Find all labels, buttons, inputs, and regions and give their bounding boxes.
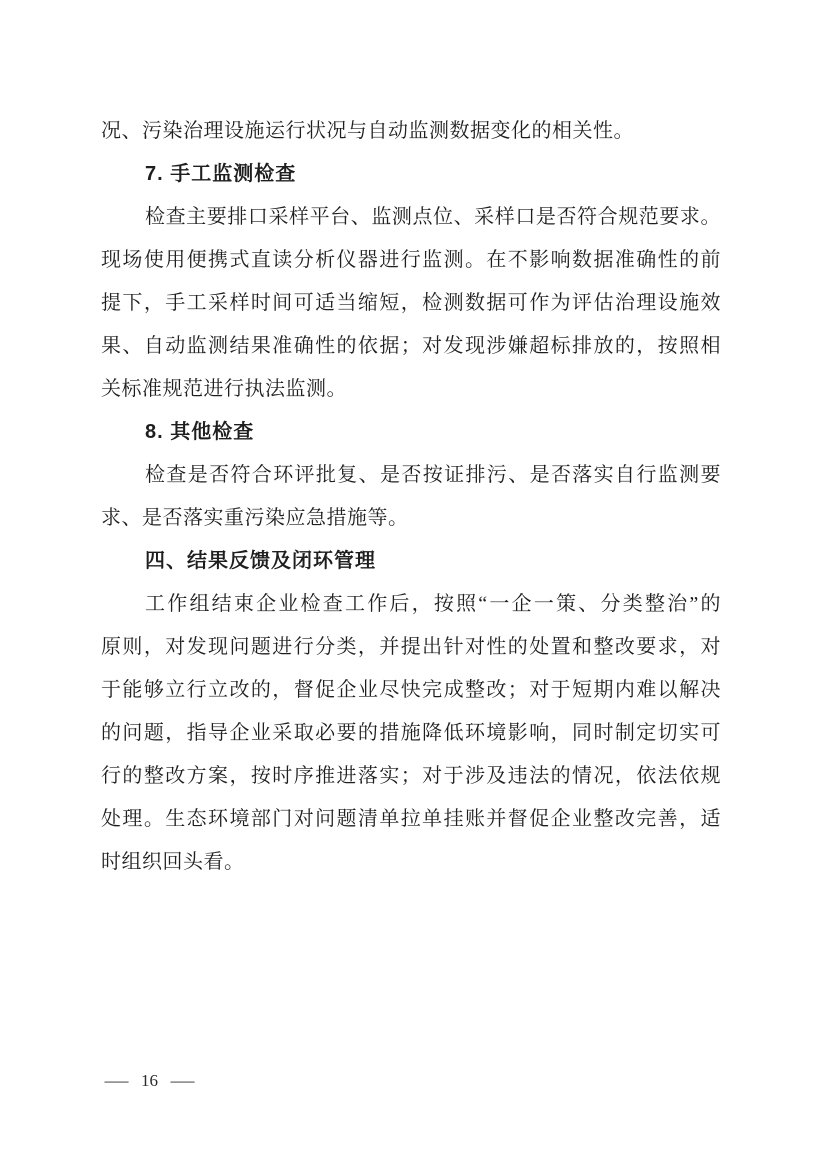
text-line: 工作组结束企业检查工作后，按照“一企一策、分类整治”的 [101, 583, 721, 626]
text-line: 检查是否符合环评批复、是否按证排污、是否落实自行监测要 [101, 454, 721, 497]
text-line-paragraph-end: 关标准规范进行执法监测。 [101, 368, 721, 411]
footer-right-dash: — [171, 1071, 195, 1091]
text-line: 果、自动监测结果准确性的依据；对发现涉嫌超标排放的，按照相 [101, 325, 721, 368]
text-line: 的问题，指导企业采取必要的措施降低环境影响，同时制定切实可 [101, 712, 721, 755]
page-footer: — 16 — [108, 1071, 191, 1091]
document-body: 况、污染治理设施运行状况与自动监测数据变化的相关性。 7. 手工监测检查 检查主… [101, 110, 721, 884]
text-line-paragraph-continuation: 况、污染治理设施运行状况与自动监测数据变化的相关性。 [101, 110, 721, 153]
page-number: 16 [141, 1071, 158, 1091]
footer-left-dash: — [105, 1071, 129, 1091]
text-line: 行的整改方案，按时序推进落实；对于涉及违法的情况，依法依规 [101, 755, 721, 798]
heading-8-other-checks: 8. 其他检查 [101, 411, 721, 454]
section-heading-4-results-feedback: 四、结果反馈及闭环管理 [101, 540, 721, 583]
text-line-paragraph-end: 时组织回头看。 [101, 841, 721, 884]
text-line: 检查主要排口采样平台、监测点位、采样口是否符合规范要求。 [101, 196, 721, 239]
text-line: 原则，对发现问题进行分类，并提出针对性的处置和整改要求，对 [101, 626, 721, 669]
text-line: 提下，手工采样时间可适当缩短，检测数据可作为评估治理设施效 [101, 282, 721, 325]
text-line: 现场使用便携式直读分析仪器进行监测。在不影响数据准确性的前 [101, 239, 721, 282]
text-line: 于能够立行立改的，督促企业尽快完成整改；对于短期内难以解决 [101, 669, 721, 712]
heading-7-manual-monitoring: 7. 手工监测检查 [101, 153, 721, 196]
document-page: 况、污染治理设施运行状况与自动监测数据变化的相关性。 7. 手工监测检查 检查主… [0, 0, 826, 1169]
text-line: 处理。生态环境部门对问题清单拉单挂账并督促企业整改完善，适 [101, 798, 721, 841]
text-line-paragraph-end: 求、是否落实重污染应急措施等。 [101, 497, 721, 540]
